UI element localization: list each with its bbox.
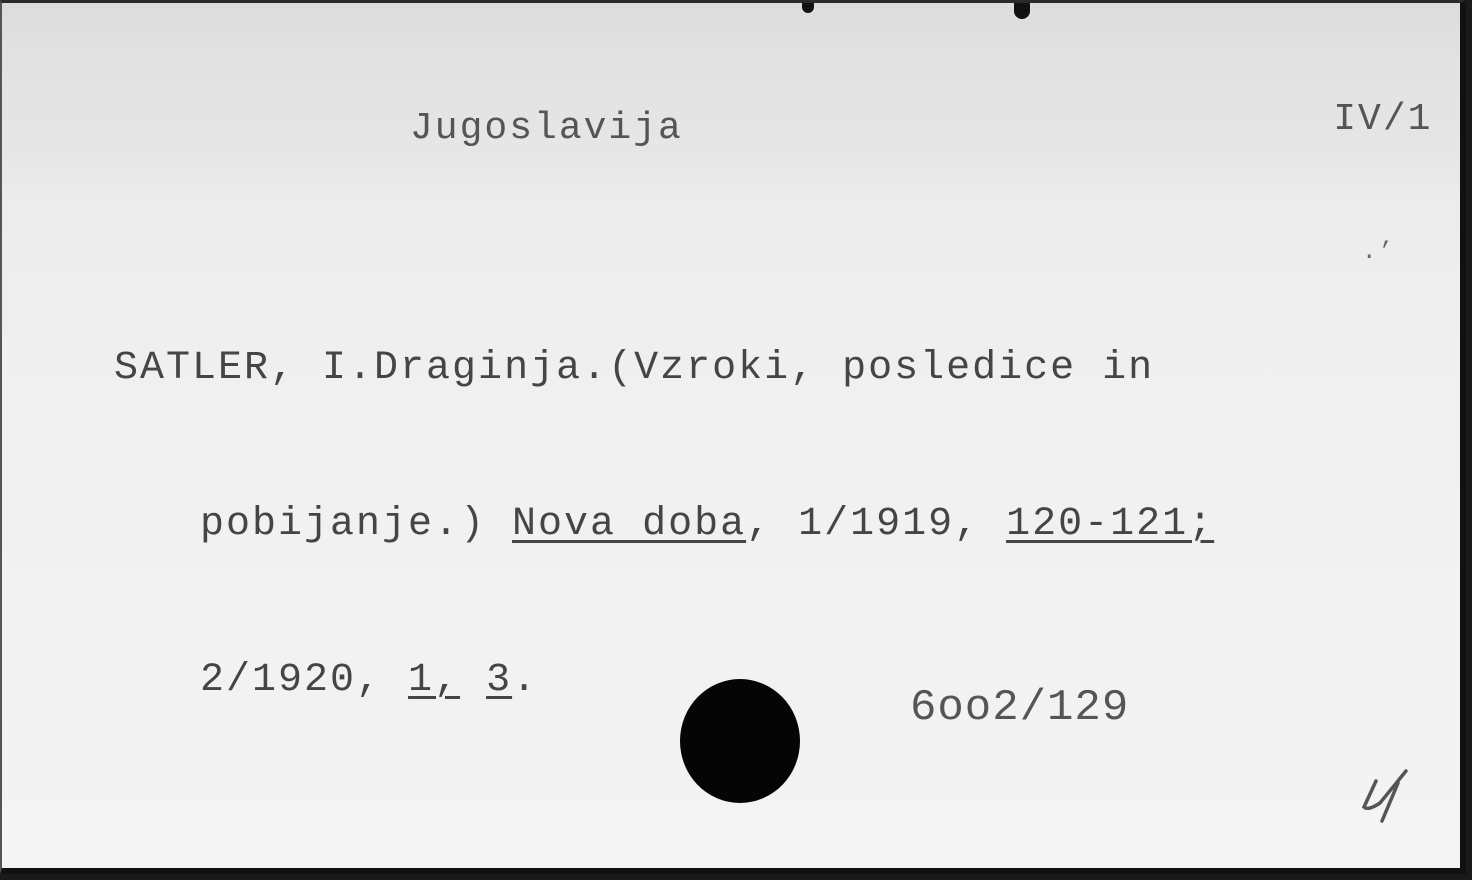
volume-year-2: 2/1920,	[200, 658, 408, 703]
separator	[460, 658, 486, 703]
entry-line-1: SATLER, I.Draginja.(Vzroki, posledice in	[114, 343, 1214, 395]
title-continuation: pobijanje.)	[200, 502, 512, 547]
author-name: SATLER,	[114, 346, 296, 391]
classmark-text: IV/1	[1333, 98, 1432, 141]
title-text: I.Draginja.(Vzroki, posledice in	[296, 346, 1154, 391]
page-range: 120-121;	[1006, 502, 1214, 547]
journal-title: Nova doba	[512, 502, 746, 547]
catalog-card: Jugoslavija IV/1 .’ SATLER, I.Draginja.(…	[0, 0, 1466, 874]
volume-year: , 1/1919,	[746, 502, 1006, 547]
terminal-period: .	[512, 658, 538, 703]
handwritten-mark-icon	[1358, 763, 1418, 838]
entry-line-2: pobijanje.) Nova doba, 1/1919, 120-121;	[114, 499, 1214, 551]
page-3: 3	[486, 658, 512, 703]
punch-hole	[680, 679, 800, 803]
top-edge-smudge	[802, 3, 814, 13]
page-1: 1,	[408, 658, 460, 703]
ink-mark: .’	[1362, 239, 1395, 266]
subject-heading: Jugoslavija	[410, 107, 683, 150]
call-number: 6oo2/129	[910, 683, 1129, 733]
top-edge-smudge	[1014, 3, 1030, 19]
classification-mark: IV/1	[1234, 55, 1432, 184]
